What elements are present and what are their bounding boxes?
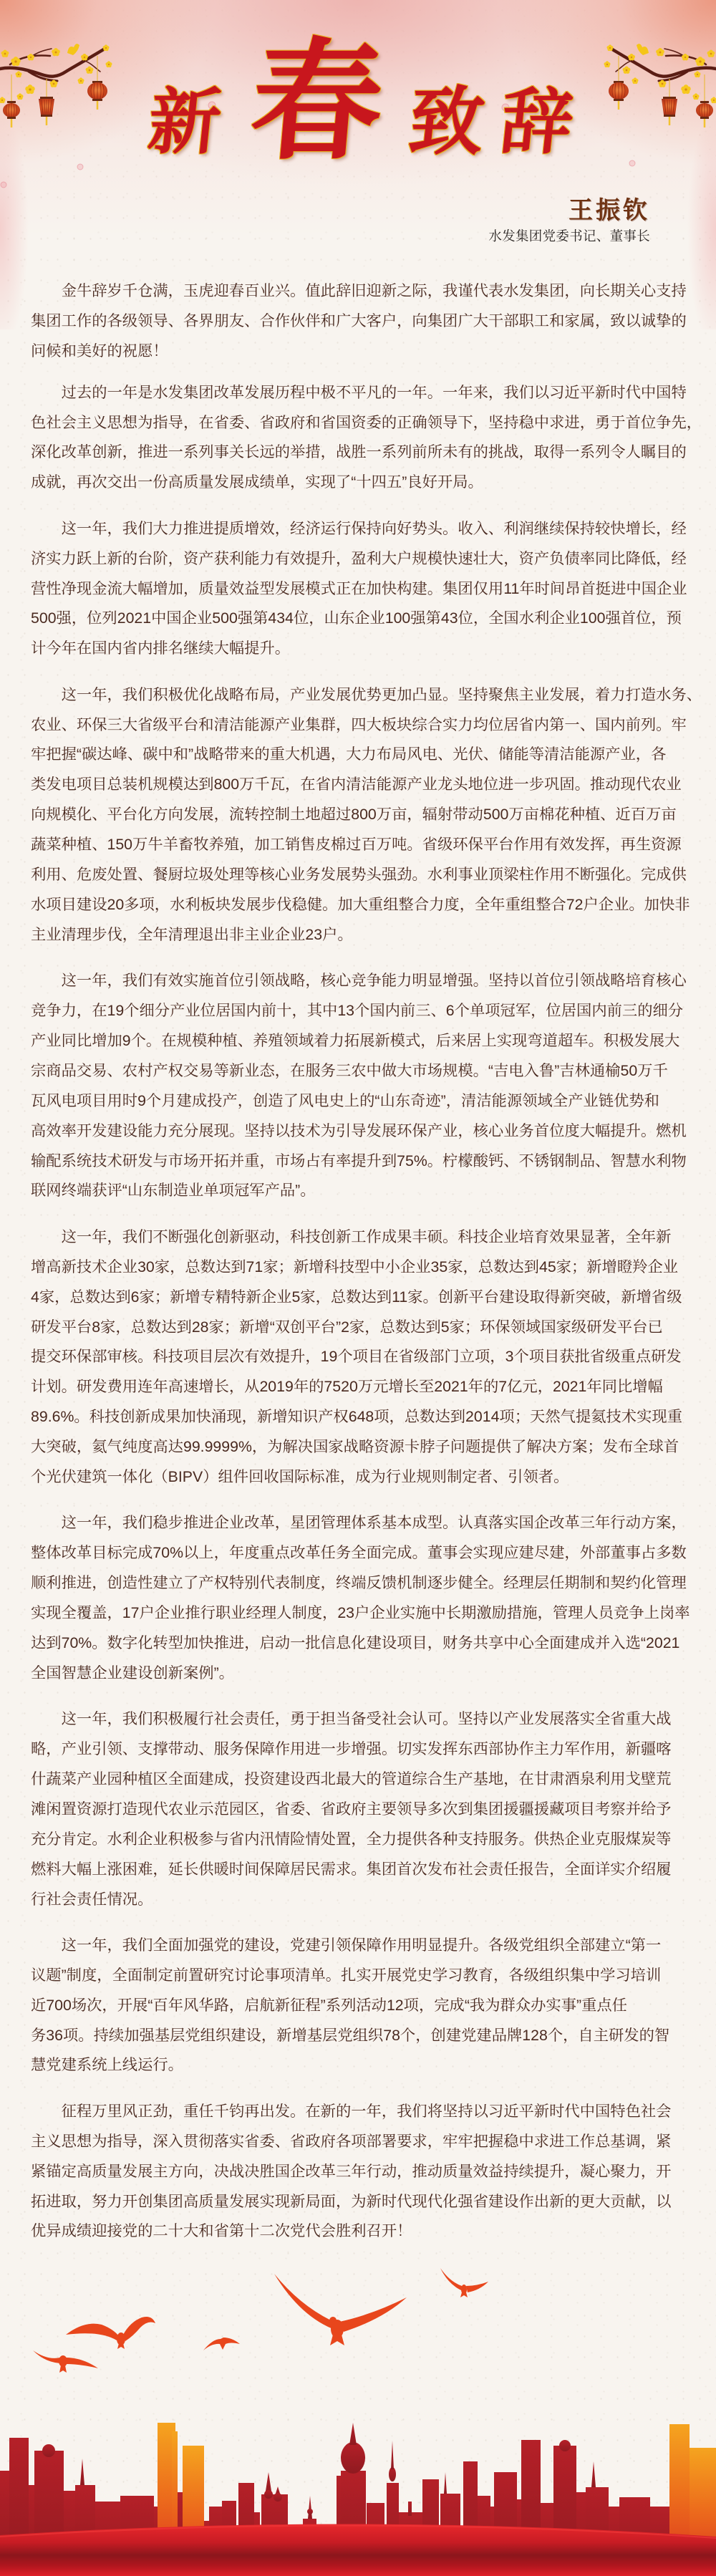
text-line: 务36项。持续加强基层党组织建设，新增基层党组织78个，创建党建品牌128个，自… (31, 2021, 688, 2051)
text-line: 全国智慧企业建设创新案例”。 (31, 1659, 688, 1689)
text-line: 产业同比增加9个。在规模种植、养殖领域着力拓展新模式，后来居上实现弯道超车。积极… (31, 1026, 688, 1056)
bird-icon (33, 2350, 98, 2373)
article-body: 金牛辞岁千仓满，玉虎迎春百业兴。值此辞旧迎新之际，我谨代表水发集团，向长期关心支… (31, 276, 688, 2247)
paragraph-social-responsibility: 这一年，我们积极履行社会责任，勇于担当备受社会认可。坚持以产业发展落实全省重大战… (31, 1704, 688, 1914)
text-line: 牢把握“碳达峰、碳中和”战略带来的重大机遇，大力布局风电、光伏、储能等清洁能源产… (31, 740, 688, 770)
text-line: 问候和美好的祝愿！ (31, 337, 688, 367)
title-char-ci: 辞 (498, 86, 577, 158)
paragraph-review: 过去的一年是水发集团改革发展历程中极不平凡的一年。一年来，我们以习近平新时代中国… (31, 378, 688, 498)
text-line: 深化改革创新，推进一系列事关长远的举措，战胜一系列前所未有的挑战，取得一系列令人… (31, 438, 688, 468)
text-line: 色社会主义思想为指导，在省委、省政府和省国资委的正确领导下，坚持稳中求进，勇于首… (31, 408, 688, 438)
text-line: 这一年，我们大力推进提质增效，经济运行保持向好势头。收入、利润继续保持较快增长，… (31, 514, 688, 544)
bird-icon (274, 2274, 407, 2345)
paragraph-competitiveness: 这一年，我们有效实施首位引领战略，核心竞争能力明显增强。坚持以首位引领战略培育核… (31, 966, 688, 1206)
text-line: 研发平台8家，总数达到28家；新增“双创平台”2家，总数达到5家；环保领域国家级… (31, 1313, 688, 1343)
text-line: 优异成绩迎接党的二十大和省第十二次党代会胜利召开！ (31, 2216, 688, 2247)
text-line: 行社会责任情况。 (31, 1885, 688, 1915)
title-char-xin: 新 (145, 86, 225, 158)
text-line: 营性净现金流大幅增加，质量效益型发展模式正在加快构建。集团仅用11年时间昂首挺进… (31, 574, 688, 604)
bird-icon (203, 2338, 240, 2350)
text-line: 整体改革目标完成70%以上，年度重点改革任务全面完成。董事会实现应建尽建，外部董… (31, 1538, 688, 1568)
text-line: 大突破，氦气纯度高达99.9999%，为解决国家战略资源卡脖子问题提供了解决方案… (31, 1432, 688, 1462)
text-line: 宗商品交易、农村产权交易等新业态，在服务三农中做大市场规模。“吉电入鲁”吉林通榆… (31, 1056, 688, 1086)
text-line: 89.6%。科技创新成果加快涌现，新增知识产权648项，总数达到2014项；天然… (31, 1402, 688, 1432)
text-line: 水项目建设20多项，水利板块发展步伐稳健。加大重组整合力度，全年重组整合72户企… (31, 890, 688, 920)
text-line: 征程万里风正劲，重任千钧再出发。在新的一年，我们将坚持以习近平新时代中国特色社会 (31, 2097, 688, 2127)
text-line: 增高新技术企业30家，总数达到71家；新增科技型中小企业35家，总数达到45家；… (31, 1253, 688, 1283)
paragraph-reform: 这一年，我们稳步推进企业改革，星团管理体系基本成型。认真落实国企改革三年行动方案… (31, 1508, 688, 1688)
text-line: 滩闲置资源打造现代农业示范园区，省委、省政府主要领导多次到集团援疆援藏项目考察并… (31, 1795, 688, 1825)
text-line: 蔬菜种植、150万牛羊畜牧养殖，加工销售皮棉过百万吨。省级环保平台作用有效发挥，… (31, 830, 688, 860)
text-line: 达到70%。数字化转型加快推进，启动一批信息化建设项目，财务共享中心全面建成并入… (31, 1629, 688, 1659)
text-line: 充分肯定。水利企业积极参与省内汛情险情处置，全力提供各种支持服务。供热企业克服煤… (31, 1825, 688, 1855)
text-line: 联网终端获评“山东制造业单项冠军产品”。 (31, 1176, 688, 1206)
text-line: 拓进取，努力开创集团高质量发展实现新局面，为新时代现代化强省建设作出新的更大贡献… (31, 2187, 688, 2217)
text-line: 这一年，我们稳步推进企业改革，星团管理体系基本成型。认真落实国企改革三年行动方案… (31, 1508, 688, 1538)
text-line: 瓦风电项目用时9个月建成投产，创造了风电史上的“山东奇迹”，清洁能源领域全产业链… (31, 1086, 688, 1116)
flying-birds (33, 2268, 488, 2373)
text-line: 慧党建系统上线运行。 (31, 2050, 688, 2080)
text-line: 农业、环保三大省级平台和清洁能源产业集群，四大板块综合实力均位居省内第一、国内前… (31, 710, 688, 741)
text-line: 紧锚定高质量发展主方向，决战决胜国企改革三年行动，推动质量效益持续提升，凝心聚力… (31, 2157, 688, 2187)
text-line: 计划。研发费用连年高速增长，从2019年的7520万元增长至2021年的7亿元，… (31, 1372, 688, 1402)
text-line: 顺利推进，创造性建立了产权特别代表制度，终端反馈机制逐步健全。经理层任期制和契约… (31, 1568, 688, 1598)
text-line: 近700场次，开展“百年风华路，启航新征程”系列活动12项，完成“我为群众办实事… (31, 1991, 688, 2021)
paragraph-party-building: 这一年，我们全面加强党的建设，党建引领保障作用明显提升。各级党组织全部建立“第一… (31, 1931, 688, 2080)
text-line: 金牛辞岁千仓满，玉虎迎春百业兴。值此辞旧迎新之际，我谨代表水发集团，向长期关心支… (31, 276, 688, 307)
paragraph-greeting: 金牛辞岁千仓满，玉虎迎春百业兴。值此辞旧迎新之际，我谨代表水发集团，向长期关心支… (31, 276, 688, 367)
bird-icon (440, 2268, 488, 2297)
text-line: 高效率开发建设能力充分展现。坚持以技术为引导发展环保产业，核心业务首位度大幅提升… (31, 1116, 688, 1147)
text-line: 略，产业引领、支撑带动、服务保障作用进一步增强。切实发挥东西部协作主力军作用，新… (31, 1735, 688, 1765)
text-line: 这一年，我们全面加强党的建设，党建引领保障作用明显提升。各级党组织全部建立“第一 (31, 1931, 688, 1961)
paragraph-strategy: 这一年，我们积极优化战略布局，产业发展优势更加凸显。坚持聚焦主业发展，着力打造水… (31, 680, 688, 950)
text-line: 这一年，我们不断强化创新驱动，科技创新工作成果丰硕。科技企业培育效果显著，全年新 (31, 1222, 688, 1253)
title-char-zhi: 致 (406, 85, 488, 159)
text-line: 这一年，我们积极优化战略布局，产业发展优势更加凸显。坚持聚焦主业发展，着力打造水… (31, 680, 688, 710)
text-line: 主义思想为指导，深入贯彻落实省委、省政府各项部署要求，牢牢把握稳中求进工作总基调… (31, 2127, 688, 2157)
text-line: 类发电项目总装机规模达到800万千瓦，在省内清洁能源产业龙头地位进一步巩固。推动… (31, 770, 688, 800)
text-line: 集团工作的各级领导、各界朋友、合作伙伴和广大客户，向集团广大干部职工和家属，致以… (31, 307, 688, 337)
text-line: 过去的一年是水发集团改革发展历程中极不平凡的一年。一年来，我们以习近平新时代中国… (31, 378, 688, 408)
text-line: 个光伏建筑一体化（BIPV）组件回收国际标准，成为行业规则制定者、引领者。 (31, 1462, 688, 1492)
text-line: 输配系统技术研发与市场开拓并重，市场占有率提升到75%。柠檬酸钙、不锈钢制品、智… (31, 1147, 688, 1177)
text-line: 燃料大幅上涨困难，延长供暖时间保障居民需求。集团首次发布社会责任报告，全面详实介… (31, 1855, 688, 1885)
birds-and-city-skyline-illustration (0, 2249, 716, 2576)
text-line: 这一年，我们积极履行社会责任，勇于担当备受社会认可。坚持以产业发展落实全省重大战 (31, 1704, 688, 1735)
text-line: 计今年在国内省内排名继续大幅提升。 (31, 634, 688, 664)
paragraph-innovation: 这一年，我们不断强化创新驱动，科技创新工作成果丰硕。科技企业培育效果显著，全年新… (31, 1222, 688, 1492)
text-line: 竞争力，在19个细分产业位居国内前十，其中13个国内前三、6个单项冠军，位居国内… (31, 996, 688, 1026)
text-line: 向规模化、平台化方向发展，流转控制土地超过800万亩，辐射带动500万亩棉花种植… (31, 800, 688, 830)
text-line: 4家，总数达到6家；新增专精特新企业5家，总数达到11家。创新平台建设取得新突破… (31, 1283, 688, 1313)
text-line: 主业清理步伐，全年清理退出非主业企业23户。 (31, 920, 688, 950)
text-line: 提交环保部审核。科技项目层次有效提升，19个项目在省级部门立项，3个项目获批省级… (31, 1342, 688, 1372)
text-line: 什蔬菜产业园种植区全面建成，投资建设西北最大的管道综合生产基地，在甘肃酒泉利用戈… (31, 1765, 688, 1795)
paragraph-outlook: 征程万里风正劲，重任千钧再出发。在新的一年，我们将坚持以习近平新时代中国特色社会… (31, 2097, 688, 2247)
author-name: 王振钦 (569, 196, 650, 225)
text-line: 实现全覆盖，17户企业推行职业经理人制度，23户企业实施中长期激励措施，管理人员… (31, 1598, 688, 1629)
text-line: 这一年，我们有效实施首位引领战略，核心竞争能力明显增强。坚持以首位引领战略培育核… (31, 966, 688, 996)
author-position: 水发集团党委书记、董事长 (488, 228, 650, 244)
text-line: 成就，再次交出一份高质量发展成绩单，实现了“十四五”良好开局。 (31, 468, 688, 498)
text-line: 济实力跃上新的台阶，资产获利能力有效提升，盈利大户规模快速壮大，资产负债率同比降… (31, 544, 688, 574)
text-line: 利用、危废处置、餐厨垃圾处理等核心业务发展势头强劲。水利事业顶梁柱作用不断强化。… (31, 860, 688, 890)
bird-icon (66, 2317, 155, 2349)
text-line: 议题”制度，全面制定前置研究讨论事项清单。扎实开展党史学习教育，各级组织集中学习… (31, 1961, 688, 1991)
paragraph-economy: 这一年，我们大力推进提质增效，经济运行保持向好势头。收入、利润继续保持较快增长，… (31, 514, 688, 664)
title-char-chun: 春 (246, 36, 388, 166)
text-line: 500强，位列2021中国企业500强第434位，山东企业100强第43位，全国… (31, 604, 688, 634)
